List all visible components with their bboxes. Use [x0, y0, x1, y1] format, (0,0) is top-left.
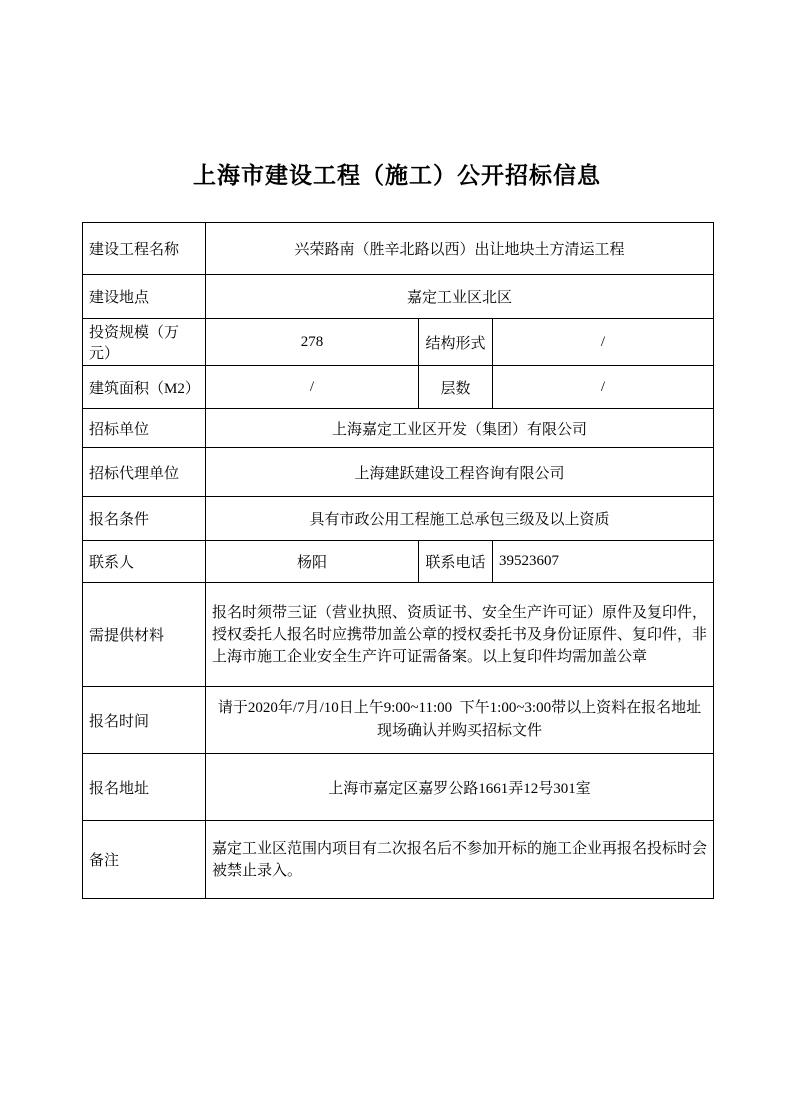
- label-signup-time: 报名时间: [83, 687, 206, 754]
- value-tender-unit: 上海嘉定工业区开发（集团）有限公司: [206, 409, 714, 448]
- value-structure-type: /: [493, 319, 714, 366]
- table-row-materials: 需提供材料 报名时须带三证（营业执照、资质证书、安全生产许可证）原件及复印件，授…: [83, 583, 714, 687]
- value-signup-time: 请于2020年/7月/10日上午9:00~11:00 下午1:00~3:00带以…: [206, 687, 714, 754]
- label-contact-person: 联系人: [83, 541, 206, 583]
- value-remarks: 嘉定工业区范围内项目有二次报名后不参加开标的施工企业再报名投标时会被禁止录入。: [206, 821, 714, 899]
- label-remarks: 备注: [83, 821, 206, 899]
- value-location: 嘉定工业区北区: [206, 275, 714, 319]
- value-conditions: 具有市政公用工程施工总承包三级及以上资质: [206, 497, 714, 541]
- value-investment: 278: [206, 319, 419, 366]
- label-floor-area: 建筑面积（M2）: [83, 366, 206, 409]
- bid-info-table: 建设工程名称 兴荣路南（胜辛北路以西）出让地块土方清运工程 建设地点 嘉定工业区…: [82, 222, 714, 899]
- label-tender-unit: 招标单位: [83, 409, 206, 448]
- document-page: 上海市建设工程（施工）公开招标信息 建设工程名称 兴荣路南（胜辛北路以西）出让地…: [0, 0, 794, 1108]
- table-row-investment: 投资规模（万元） 278 结构形式 /: [83, 319, 714, 366]
- label-floors: 层数: [419, 366, 493, 409]
- value-floor-area: /: [206, 366, 419, 409]
- value-contact-person: 杨阳: [206, 541, 419, 583]
- label-signup-address: 报名地址: [83, 754, 206, 821]
- label-investment: 投资规模（万元）: [83, 319, 206, 366]
- label-contact-phone: 联系电话: [419, 541, 493, 583]
- value-materials: 报名时须带三证（营业执照、资质证书、安全生产许可证）原件及复印件，授权委托人报名…: [206, 583, 714, 687]
- table-row-conditions: 报名条件 具有市政公用工程施工总承包三级及以上资质: [83, 497, 714, 541]
- label-structure-type: 结构形式: [419, 319, 493, 366]
- value-contact-phone: 39523607: [493, 541, 714, 583]
- label-project-name: 建设工程名称: [83, 223, 206, 275]
- table-row-contact: 联系人 杨阳 联系电话 39523607: [83, 541, 714, 583]
- table-row-floor-area: 建筑面积（M2） / 层数 /: [83, 366, 714, 409]
- value-agency: 上海建跃建设工程咨询有限公司: [206, 448, 714, 497]
- table-row-signup-address: 报名地址 上海市嘉定区嘉罗公路1661弄12号301室: [83, 754, 714, 821]
- page-title: 上海市建设工程（施工）公开招标信息: [0, 157, 794, 190]
- value-signup-address: 上海市嘉定区嘉罗公路1661弄12号301室: [206, 754, 714, 821]
- table-row-project-name: 建设工程名称 兴荣路南（胜辛北路以西）出让地块土方清运工程: [83, 223, 714, 275]
- table-row-tender-unit: 招标单位 上海嘉定工业区开发（集团）有限公司: [83, 409, 714, 448]
- value-project-name: 兴荣路南（胜辛北路以西）出让地块土方清运工程: [206, 223, 714, 275]
- value-floors: /: [493, 366, 714, 409]
- table-row-location: 建设地点 嘉定工业区北区: [83, 275, 714, 319]
- table-row-signup-time: 报名时间 请于2020年/7月/10日上午9:00~11:00 下午1:00~3…: [83, 687, 714, 754]
- label-materials: 需提供材料: [83, 583, 206, 687]
- table-row-remarks: 备注 嘉定工业区范围内项目有二次报名后不参加开标的施工企业再报名投标时会被禁止录…: [83, 821, 714, 899]
- label-location: 建设地点: [83, 275, 206, 319]
- label-agency: 招标代理单位: [83, 448, 206, 497]
- label-conditions: 报名条件: [83, 497, 206, 541]
- table-row-agency: 招标代理单位 上海建跃建设工程咨询有限公司: [83, 448, 714, 497]
